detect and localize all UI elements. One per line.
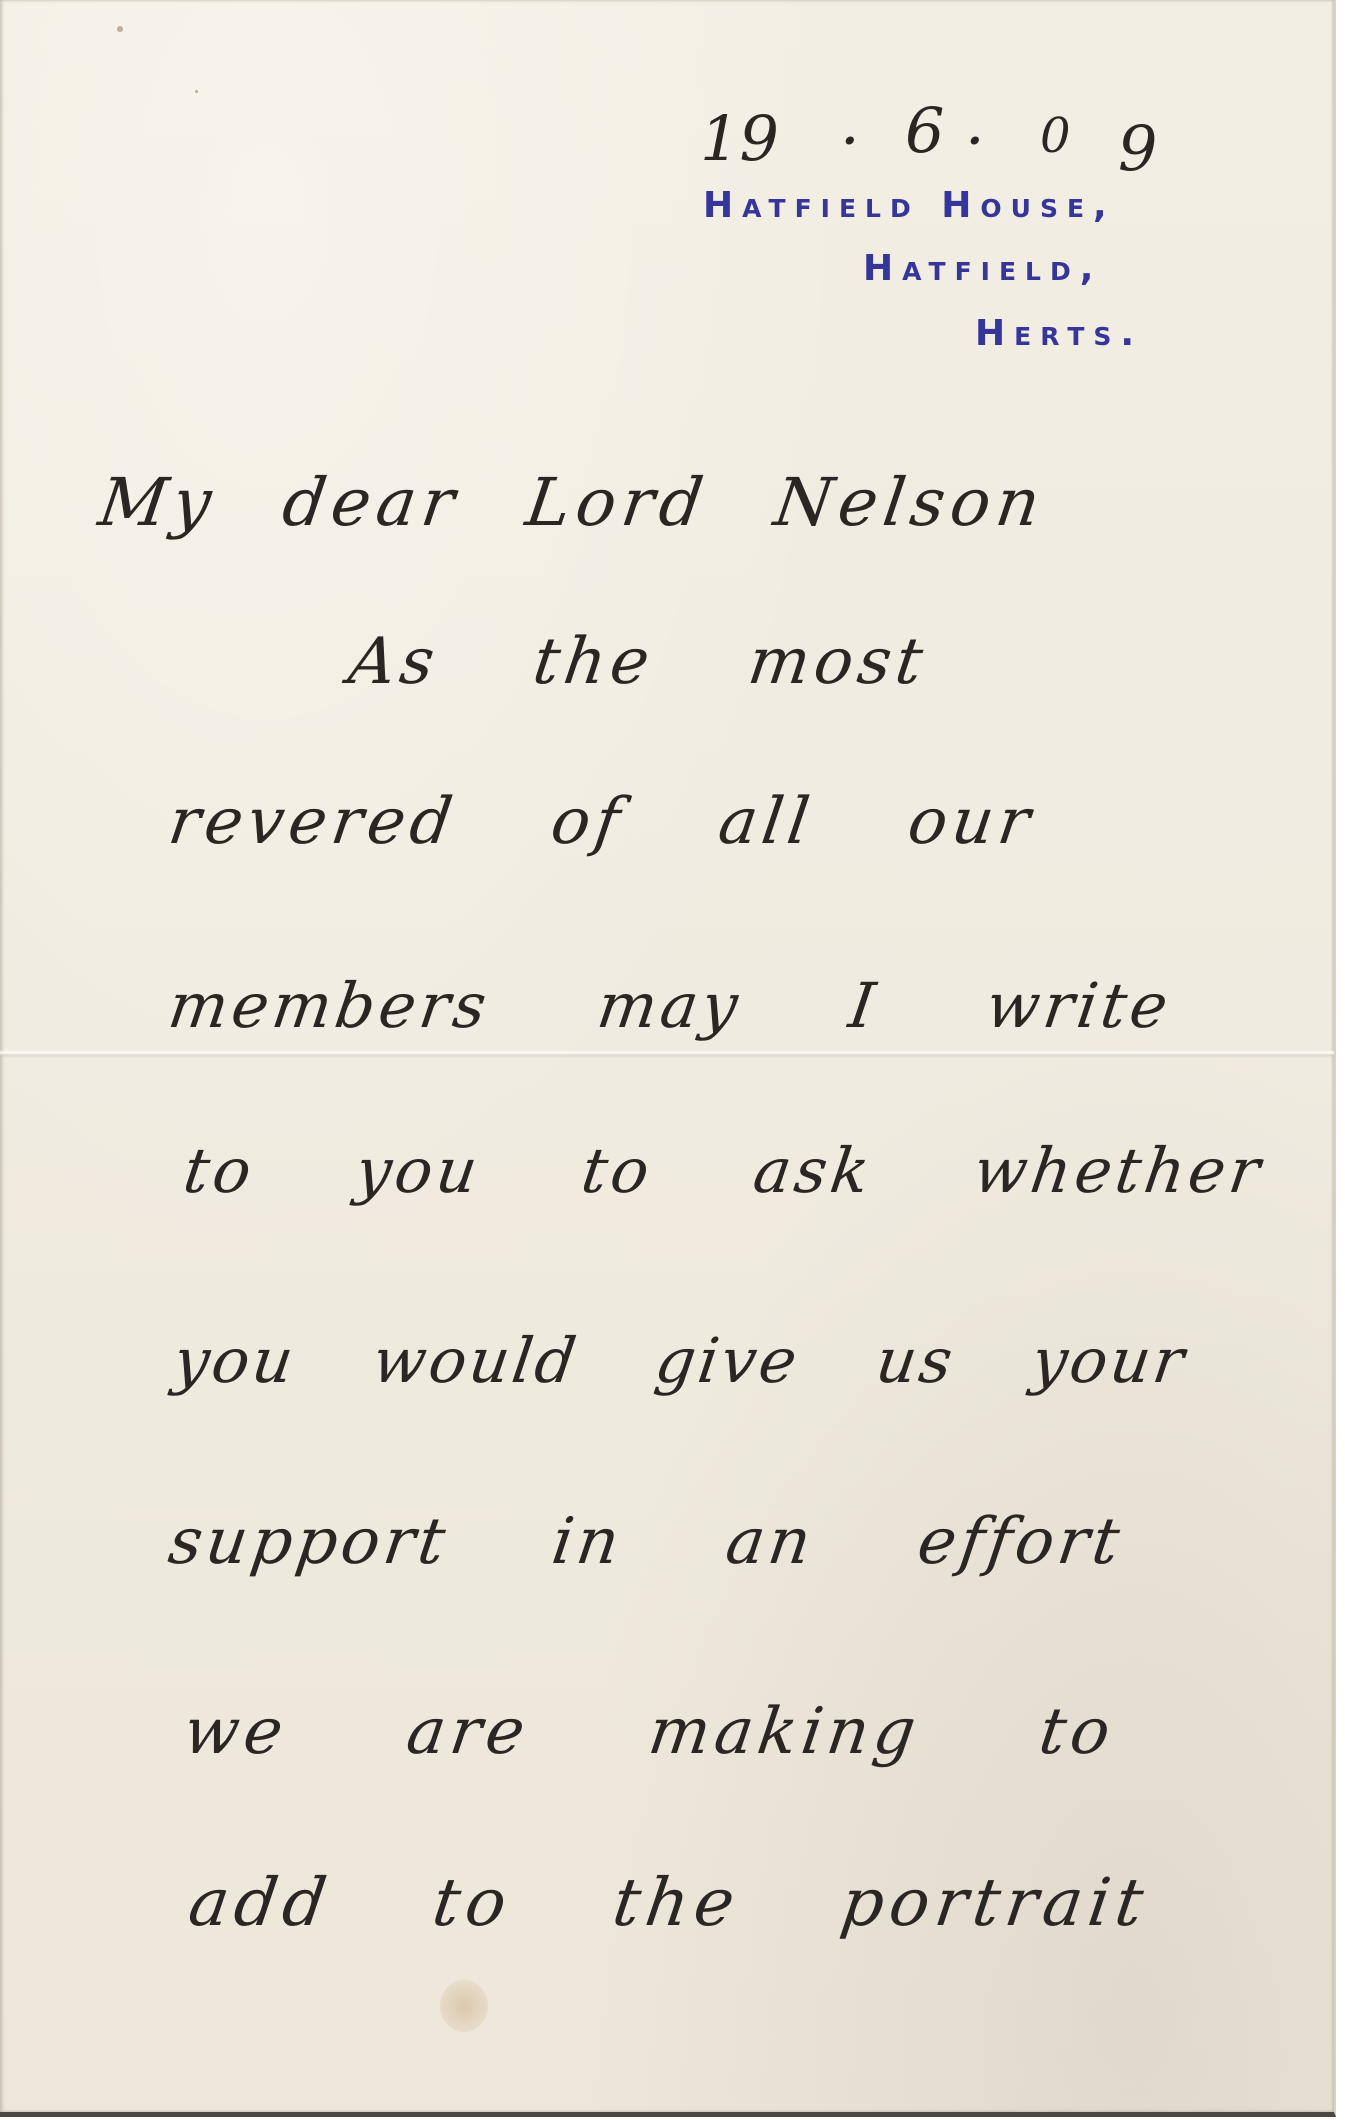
letterhead-county: Herts. [975, 316, 1143, 352]
body-line: revered of all our [165, 790, 1039, 854]
date-month: 6 [905, 100, 944, 162]
date-day: 19 [700, 108, 779, 170]
salutation: My dear Lord Nelson [95, 470, 1050, 536]
body-line: you would give us your [170, 1330, 1191, 1392]
date-separator: · [965, 110, 985, 172]
paper-speck [195, 90, 198, 93]
date-separator: · [840, 110, 860, 172]
body-line: to you to ask whether [180, 1140, 1268, 1202]
letterhead-house: Hatfield House, [703, 188, 1116, 224]
body-line: As the most [345, 630, 931, 694]
paper-fold-crease [0, 1050, 1334, 1058]
date-year-tens: 0 [1040, 112, 1071, 160]
body-line: we are making to [180, 1700, 1119, 1764]
body-line: support in an effort [165, 1510, 1127, 1574]
date-year-units: 9 [1118, 118, 1157, 180]
paper-stain [440, 1980, 488, 2032]
body-line: add to the portrait [185, 1870, 1153, 1936]
paper-speck [117, 26, 123, 32]
letter-scan: 19 · 6 · 0 9 Hatfield House, Hatfield, H… [0, 0, 1345, 2120]
letter-paper: 19 · 6 · 0 9 Hatfield House, Hatfield, H… [0, 0, 1336, 2117]
body-line: members may I write [165, 975, 1175, 1037]
letterhead-town: Hatfield, [863, 251, 1102, 287]
